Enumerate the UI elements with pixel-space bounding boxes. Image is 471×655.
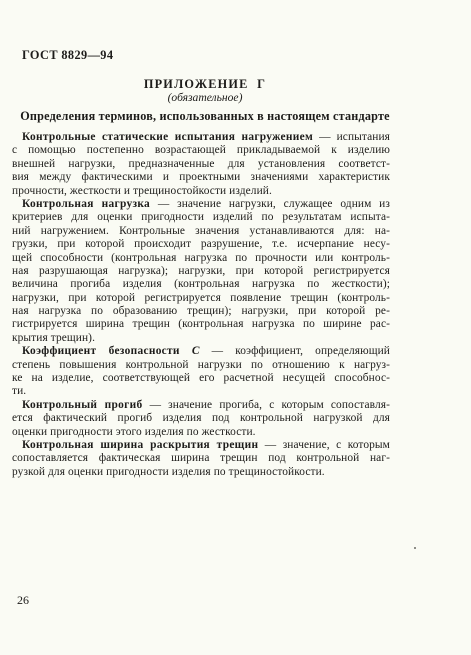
body-line: ке на изделие, соответствующей его расче…	[12, 372, 390, 385]
body-line: ная нагрузка по образованию трещин); наг…	[12, 305, 390, 318]
body-line: рузкой для оценки пригодности изделия по…	[12, 466, 390, 479]
body-line: Контрольный прогиб — значение прогиба, с…	[12, 399, 390, 412]
body-line: Контрольная ширина раскрытия трещин — зн…	[12, 439, 390, 452]
term-bold: Коэффициент безопасности	[22, 345, 180, 357]
term-bold: Контрольная ширина раскрытия трещин	[22, 439, 258, 451]
page-number: 26	[17, 593, 29, 608]
body-line: ется фактический прогиб изделия под конт…	[12, 412, 390, 425]
appendix-heading: ПРИЛОЖЕНИЕ Г	[16, 77, 394, 92]
paragraph-crack-width: Контрольная ширина раскрытия трещин — зн…	[12, 439, 390, 479]
body-line: крытия трещин).	[12, 332, 390, 345]
paragraph-control-deflection: Контрольный прогиб — значение прогиба, с…	[12, 399, 390, 439]
line-text: — значение прогиба, с которым сопоставля…	[142, 399, 390, 411]
section-title: Определения терминов, использованных в н…	[16, 109, 394, 124]
body-line: грузки, при которой происходит разрушени…	[12, 238, 390, 251]
line-text: — значение, с которым	[258, 439, 390, 451]
term-symbol-c: С	[180, 345, 200, 357]
body-line: гистрируется ширина трещин (контрольная …	[12, 318, 390, 331]
line-text: — коэффициент, определяющий	[200, 345, 390, 357]
body-line: сопоставляется фактическая ширина трещин…	[12, 452, 390, 465]
body-line: ная разрушающая нагрузка); нагрузки, при…	[12, 265, 390, 278]
term-bold: Контрольный прогиб	[22, 399, 142, 411]
body-line: щей способности (контрольная нагрузка по…	[12, 252, 390, 265]
body-line: ний нагружением. Контрольные значения ус…	[12, 225, 390, 238]
body-line: Коэффициент безопасности С — коэффициент…	[12, 345, 390, 358]
body-line: степень повышения контрольной нагрузки п…	[12, 359, 390, 372]
body-line: критериев для оценки пригодности изделий…	[12, 211, 390, 224]
body-line: прочности, жесткости и трещиностойкости …	[12, 185, 390, 198]
body-line: внешней нагрузки, предназначенные для ус…	[12, 158, 390, 171]
term-bold: Контрольные статические испытания нагруж…	[22, 131, 313, 143]
line-text: — значение нагрузки, служащее одним из	[150, 198, 390, 210]
paragraph-safety-factor: Коэффициент безопасности С — коэффициент…	[12, 345, 390, 399]
body-line: нагрузки, при которой регистрируется поя…	[12, 292, 390, 305]
body-line: с помощью постепенно возрастающей прикла…	[12, 144, 390, 157]
appendix-note: (обязательное)	[16, 91, 394, 104]
scan-speck	[414, 547, 416, 549]
line-text: — испытания	[313, 131, 390, 143]
body-line: ти.	[12, 385, 390, 398]
body-line: величина прогиба изделия (контрольная на…	[12, 278, 390, 291]
document-page: ГОСТ 8829—94 ПРИЛОЖЕНИЕ Г (обязательное)…	[0, 0, 471, 655]
standard-code: ГОСТ 8829—94	[22, 48, 113, 63]
definitions-body: Контрольные статические испытания нагруж…	[12, 131, 390, 479]
body-line: Контрольная нагрузка — значение нагрузки…	[12, 198, 390, 211]
body-line: оценки пригодности этого изделия по жест…	[12, 426, 390, 439]
paragraph-control-load: Контрольная нагрузка — значение нагрузки…	[12, 198, 390, 345]
paragraph-static-load-tests: Контрольные статические испытания нагруж…	[12, 131, 390, 198]
term-bold: Контрольная нагрузка	[22, 198, 150, 210]
body-line: вия между фактическими и проектными знач…	[12, 171, 390, 184]
body-line: Контрольные статические испытания нагруж…	[12, 131, 390, 144]
